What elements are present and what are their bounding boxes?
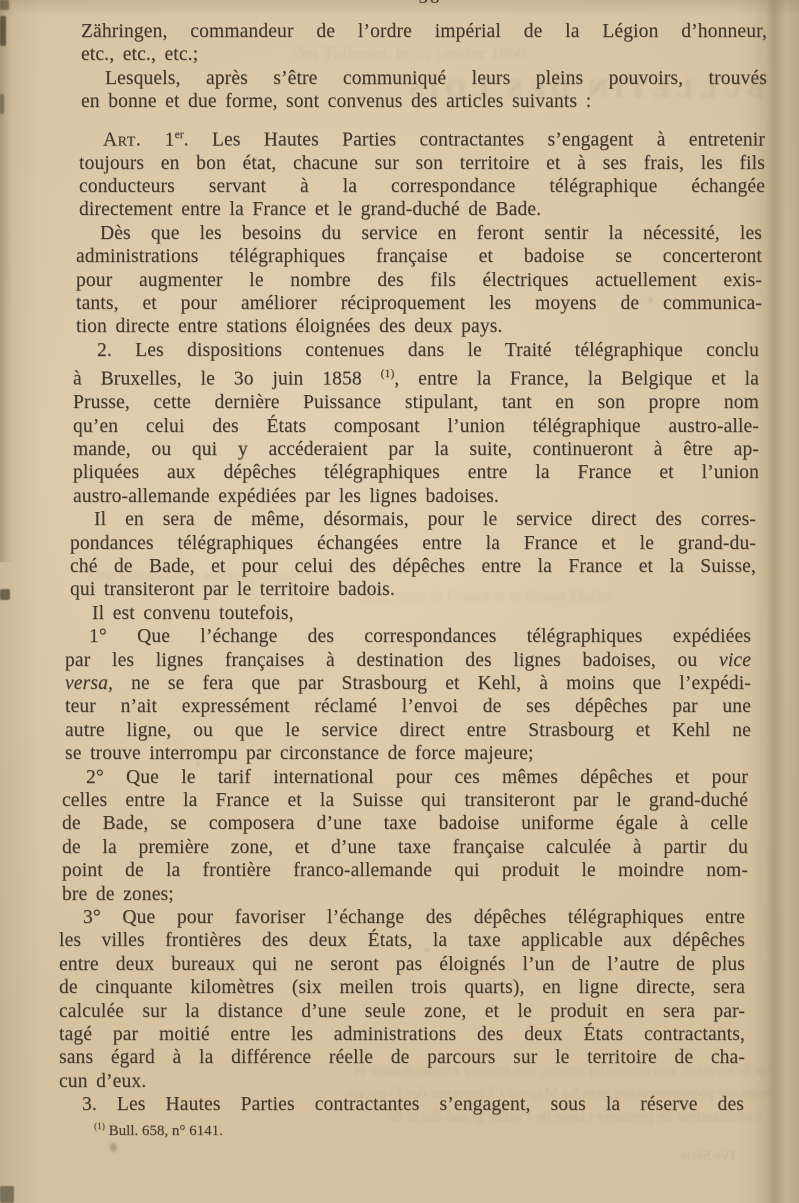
text-segment: toujours en bon état, chacune sur son te… <box>79 153 765 174</box>
text-segment: Dès que les besoins du service en feront… <box>100 223 762 244</box>
text-segment: versa, <box>65 673 113 694</box>
text-line: 3° Que pour favoriser l’échange des dépê… <box>59 906 745 929</box>
text-segment: ché de Bade, et pour celui des dépêches … <box>70 556 756 577</box>
text-segment: . Les Hautes Parties contractantes s’eng… <box>184 129 765 150</box>
page-edge-mark <box>0 94 4 114</box>
text-segment: vice <box>719 650 751 671</box>
paragraph: Il en sera de même, désormais, pour le s… <box>70 508 756 602</box>
paragraph: Zähringen, commandeur de l’ordre impéria… <box>81 20 767 67</box>
text-line: Zähringen, commandeur de l’ordre impéria… <box>81 20 767 43</box>
text-segment: pour augmenter le nombre des fils électr… <box>76 270 762 291</box>
text-segment: 3° Que pour favoriser l’échange des dépê… <box>83 907 745 928</box>
superscript: (1) <box>94 1122 105 1132</box>
text-line: autre ligne, ou que le service direct en… <box>65 719 751 742</box>
text-line: tants, et pour améliorer réciproquement … <box>76 292 762 315</box>
text-line: tion directe entre stations éloignées de… <box>76 315 762 338</box>
text-line: calculée sur la distance d’une seule zon… <box>59 1000 745 1023</box>
text-segment: qui transiteront par le territoire badoi… <box>70 579 395 600</box>
text-line: de la première zone, et d’une taxe franç… <box>62 836 748 859</box>
paragraph: Lesquels, après s’être communiqué leurs … <box>81 67 767 114</box>
text-line: qui transiteront par le territoire badoi… <box>70 578 756 601</box>
text-segment: Bull. 658, n° 6141. <box>105 1123 223 1139</box>
text-line: Lesquels, après s’être communiqué leurs … <box>81 67 767 90</box>
superscript: (1) <box>381 367 395 380</box>
paragraph: Dès que les besoins du service en feront… <box>76 222 762 339</box>
text-line: 3. Les Hautes Parties contractantes s’en… <box>58 1093 744 1116</box>
text-segment: Art. <box>103 129 141 150</box>
text-segment: qu’en celui des États composant l’union … <box>73 416 759 437</box>
page-edge-mark <box>0 589 10 600</box>
text-segment: bre de zones; <box>62 884 174 905</box>
text-segment: se trouve interrompu par circonstance de… <box>65 743 534 764</box>
text-line: 2° Que le tarif international pour ces m… <box>62 766 748 789</box>
text-line: administrations télégraphiques française… <box>76 245 762 268</box>
ink-blemish <box>110 1143 117 1152</box>
text-segment: 1 <box>141 129 174 150</box>
text-segment: sans égard à la différence réelle de par… <box>59 1047 745 1068</box>
text-line: celles entre la France et la Suisse qui … <box>62 789 748 812</box>
text-line: par les lignes françaises à destination … <box>65 649 751 672</box>
page-corner-mark <box>0 1186 14 1203</box>
text-segment: 2° Que le tarif international pour ces m… <box>86 767 748 788</box>
text-segment: tagé par moitié entre les administration… <box>59 1024 745 1045</box>
text-segment: mande, ou qui y accéderaient par la suit… <box>73 439 759 460</box>
text-segment: cun d’eux. <box>59 1071 146 1092</box>
text-line: pliquées aux dépêches télégraphiques ent… <box>73 461 759 484</box>
text-line: conducteurs servant à la correspondance … <box>79 175 765 198</box>
text-line: austro-allemande expédiées par les ligne… <box>73 485 759 508</box>
text-segment: autre ligne, ou que le service direct en… <box>65 720 751 741</box>
text-line: point de la frontière franco-allemande q… <box>62 859 748 882</box>
text-segment: ne se fera que par Strasbourg et Kehl, à… <box>113 673 751 694</box>
text-line: tagé par moitié entre les administration… <box>59 1023 745 1046</box>
text-line: versa, ne se fera que par Strasbourg et … <box>65 672 751 695</box>
text-line: Il en sera de même, désormais, pour le s… <box>70 508 756 531</box>
text-line: en bonne et due forme, sont convenus des… <box>81 90 767 113</box>
text-segment: de Bade, se composera d’une taxe badoise… <box>62 813 748 834</box>
page-edge-mark <box>0 16 6 46</box>
text-line: se trouve interrompu par circonstance de… <box>65 742 751 765</box>
text-segment: de la première zone, et d’une taxe franç… <box>62 837 748 858</box>
text-segment: teur n’ait expressément réclamé l’envoi … <box>65 696 751 717</box>
text-line: ché de Bade, et pour celui des dépêches … <box>70 555 756 578</box>
text-line: bre de zones; <box>62 883 748 906</box>
text-segment: Lesquels, après s’être communiqué leurs … <box>105 68 767 89</box>
text-segment: directement entre la France et le grand-… <box>79 199 541 220</box>
text-segment: par les lignes françaises à destination … <box>65 650 719 671</box>
paragraph: 2° Que le tarif international pour ces m… <box>62 766 748 906</box>
text-segment: Zähringen, commandeur de l’ordre impéria… <box>81 21 767 42</box>
text-segment: 1° Que l’échange des correspondances tél… <box>89 626 751 647</box>
paragraph: 1° Que l’échange des correspondances tél… <box>65 625 751 765</box>
text-segment: de cinquante kilomètres (six meilen troi… <box>59 977 745 998</box>
text-line: mande, ou qui y accéderaient par la suit… <box>73 438 759 461</box>
text-line: qu’en celui des États composant l’union … <box>73 415 759 438</box>
text-line: sans égard à la différence réelle de par… <box>59 1046 745 1069</box>
text-line: 2. Les dispositions contenues dans le Tr… <box>73 339 759 362</box>
text-segment: calculée sur la distance d’une seule zon… <box>59 1001 745 1022</box>
text-segment: tants, et pour améliorer réciproquement … <box>76 293 762 314</box>
text-line: Prusse, cette dernière Puissance stipula… <box>73 391 759 414</box>
text-segment: à Bruxelles, le 3o juin 1858 <box>73 369 381 390</box>
text-line: etc., etc., etc.; <box>81 43 767 66</box>
text-line: à Bruxelles, le 3o juin 1858 (1), entre … <box>73 362 759 391</box>
text-line: de Bade, se composera d’une taxe badoise… <box>62 812 748 835</box>
text-segment: , entre la France, la Belgique et la <box>394 369 759 390</box>
paragraph: Art. 1er. Les Hautes Parties contractant… <box>79 123 765 222</box>
page-number: — 58 — <box>60 0 799 9</box>
text-line: de cinquante kilomètres (six meilen troi… <box>59 976 745 999</box>
page-edge-mark <box>0 0 9 10</box>
text-segment: etc., etc., etc.; <box>81 44 198 65</box>
text-segment: conducteurs servant à la correspondance … <box>79 176 765 197</box>
text-segment: les villes frontières des deux États, la… <box>59 930 745 951</box>
text-line: 1° Que l’échange des correspondances tél… <box>65 625 751 648</box>
text-segment: celles entre la France et la Suisse qui … <box>62 790 748 811</box>
text-line: Il est convenu toutefois, <box>68 602 754 625</box>
text-line: Dès que les besoins du service en feront… <box>76 222 762 245</box>
text-line: cun d’eux. <box>59 1070 745 1093</box>
text-segment: en bonne et due forme, sont convenus des… <box>81 91 591 112</box>
text-segment: Il est convenu toutefois, <box>92 603 294 624</box>
text-line: entre deux bureaux qui ne seront pas élo… <box>59 953 745 976</box>
text-segment: 3. Les Hautes Parties contractantes s’en… <box>82 1094 744 1115</box>
text-segment: administrations télégraphiques française… <box>76 246 762 267</box>
text-line: pondances télégraphiques échangées entre… <box>70 532 756 555</box>
text-line: teur n’ait expressément réclamé l’envoi … <box>65 695 751 718</box>
scanned-book-page: des Tuileries, le … janvier 1860 … BULLE… <box>0 0 799 1203</box>
text-segment: austro-allemande expédiées par les ligne… <box>73 486 499 507</box>
footnote: (1) Bull. 658, n° 6141. <box>94 1122 223 1140</box>
text-segment: Il en sera de même, désormais, pour le s… <box>94 509 756 530</box>
paragraph: 3° Que pour favoriser l’échange des dépê… <box>59 906 745 1093</box>
superscript: er <box>175 128 184 141</box>
text-line: les villes frontières des deux États, la… <box>59 929 745 952</box>
text-segment: pondances télégraphiques échangées entre… <box>70 533 756 554</box>
text-block: Zähringen, commandeur de l’ordre impéria… <box>58 20 744 1117</box>
text-line: toujours en bon état, chacune sur son te… <box>79 152 765 175</box>
text-segment: point de la frontière franco-allemande q… <box>62 860 748 881</box>
text-segment: entre deux bureaux qui ne seront pas élo… <box>59 954 745 975</box>
paragraph: 2. Les dispositions contenues dans le Tr… <box>73 339 759 508</box>
text-line: directement entre la France et le grand-… <box>79 198 765 221</box>
text-segment: tion directe entre stations éloignées de… <box>76 316 503 337</box>
text-line: Art. 1er. Les Hautes Parties contractant… <box>79 123 765 152</box>
text-segment: 2. Les dispositions contenues dans le Tr… <box>97 340 759 361</box>
bleedthrough-text: IVe Série <box>680 1148 735 1165</box>
paragraph: Il est convenu toutefois, <box>68 602 754 625</box>
text-segment: Prusse, cette dernière Puissance stipula… <box>73 392 759 413</box>
paragraph: 3. Les Hautes Parties contractantes s’en… <box>58 1093 744 1116</box>
text-segment: pliquées aux dépêches télégraphiques ent… <box>73 462 759 483</box>
text-line: pour augmenter le nombre des fils électr… <box>76 269 762 292</box>
binding-shadow-strip <box>0 0 13 562</box>
